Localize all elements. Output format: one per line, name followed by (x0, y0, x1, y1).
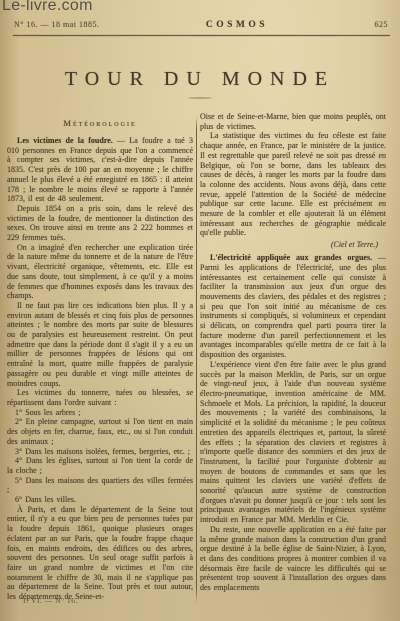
journal-name: COSMOS (206, 20, 268, 30)
lead-bold: Les victimes de la foudre. (17, 136, 113, 145)
printer-signature: T. VI. — N° 16. (22, 596, 78, 605)
list-item: 3° Dans les maisons isolées, fermes, ber… (7, 447, 193, 457)
paragraph: La statistique des victimes du feu céles… (200, 131, 386, 238)
right-column: Oise et de Seine-et-Marne, bien que moin… (200, 112, 386, 621)
paragraph-continuation: Oise et de Seine-et-Marne, bien que moin… (200, 112, 386, 131)
list-item: 5° Dans les maisons des quartiers des vi… (7, 476, 193, 495)
paragraph: On a imaginé d'en rechercher une explica… (7, 243, 193, 301)
paragraph-lead: Les victimes de la foudre. — La foudre a… (7, 136, 193, 204)
text-columns: Météorologie Les victimes de la foudre. … (0, 112, 400, 621)
issue-and-date: N° 16. — 18 mai 1885. (14, 20, 99, 29)
numbered-list: 1° Sous les arbres ; 2° En pleine campag… (7, 408, 193, 505)
paragraph-lead: L'électricité appliquée aux grandes orgu… (200, 253, 386, 360)
page-number: 625 (374, 20, 388, 29)
list-item: 2° En pleine campagne, surtout si l'on t… (7, 417, 193, 446)
paragraph: Depuis 1854 on a pris soin, dans le rele… (7, 204, 193, 243)
paragraph: Du reste, une nouvelle application en a … (200, 525, 386, 593)
paragraph: À Paris, et dans le département de la Se… (7, 505, 193, 602)
paragraph: Les victimes du tonnerre, tuées ou bless… (7, 388, 193, 407)
section-heading: Météorologie (7, 118, 193, 128)
watermark-text: Le-livre.com (2, 0, 93, 15)
scanned-journal-page: Le-livre.com N° 16. — 18 mai 1885. COSMO… (0, 0, 400, 621)
lead-bold: L'électricité appliquée aux grandes orgu… (210, 253, 372, 262)
page-header: N° 16. — 18 mai 1885. COSMOS 625 (14, 20, 388, 30)
list-item: 4° Dans les églises, surtout si l'on tie… (7, 456, 193, 475)
article-title: TOUR DU MONDE (0, 68, 400, 91)
paragraph: Il ne faut pas lire ces indications bien… (7, 301, 193, 388)
paragraph: L'expérience vient d'en être faite avec … (200, 360, 386, 525)
lead-rest: — La foudre a tué 3 010 personnes en Fra… (7, 136, 193, 203)
list-item: 1° Sous les arbres ; (7, 408, 193, 418)
header-rule (13, 35, 390, 36)
left-column: Météorologie Les victimes de la foudre. … (7, 112, 193, 621)
source-attribution: (Ciel et Terre.) (200, 240, 378, 249)
lead-rest: — Parmi les applications de l'électricit… (200, 253, 386, 359)
title-flourish (188, 97, 212, 99)
list-item: 6° Dans les villes. (7, 495, 193, 505)
column-divider (196, 116, 197, 603)
